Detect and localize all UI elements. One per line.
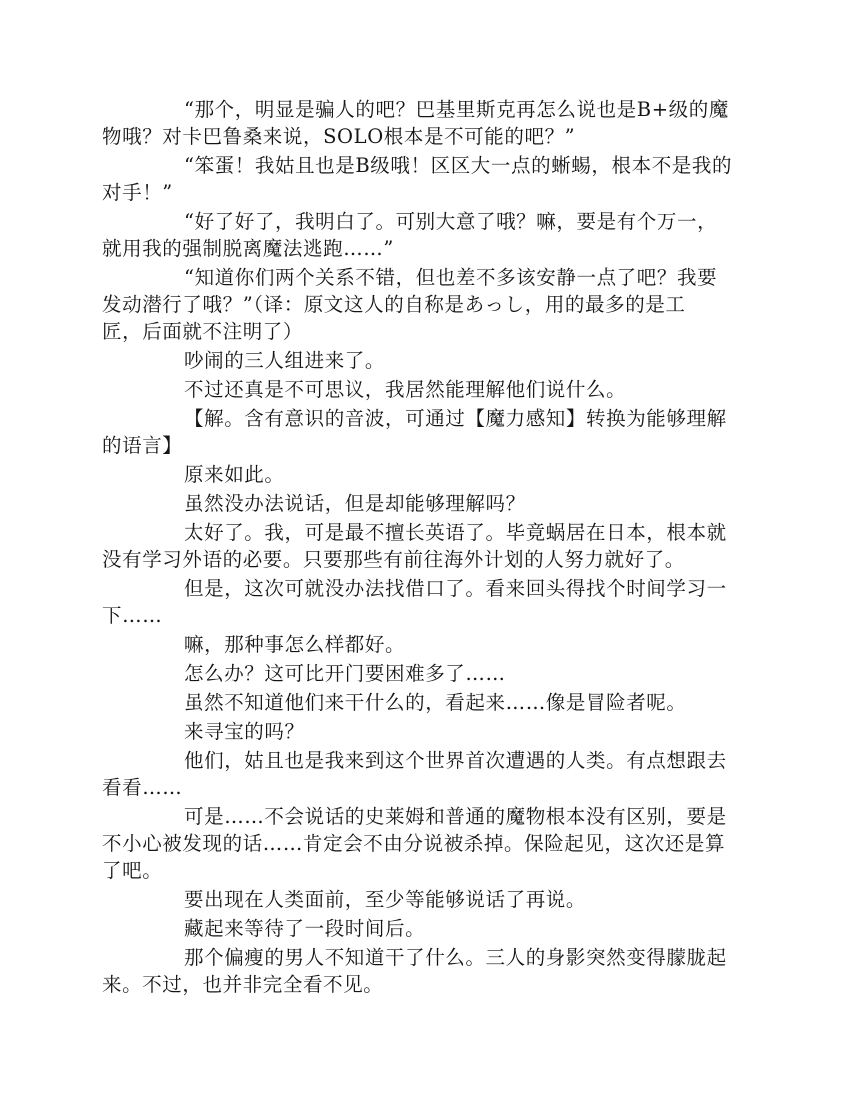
text-line: 没有学习外语的必要。只要那些有前往海外计划的人努力就好了。 (102, 546, 747, 573)
text-line: 可是……不会说话的史莱姆和普通的魔物根本没有区别，要是 (102, 803, 747, 830)
paragraph: 原来如此。 (102, 461, 747, 488)
paragraph: 但是，这次可就没办法找借口了。看来回头得找个时间学习一 下…… (102, 575, 747, 629)
text-line: 他们，姑且也是我来到这个世界首次遭遇的人类。有点想跟去 (102, 747, 747, 774)
text-line: 物哦？对卡巴鲁桑来说，SOLO根本是不可能的吧？” (102, 123, 747, 150)
text-line: 了吧。 (102, 857, 747, 884)
paragraph: “笨蛋！我姑且也是B级哦！区区大一点的蜥蜴，根本不是我的 对手！” (102, 152, 747, 206)
paragraph: 可是……不会说话的史莱姆和普通的魔物根本没有区别，要是 不小心被发现的话……肯定… (102, 803, 747, 884)
paragraph: 【解。含有意识的音波，可通过【魔力感知】转换为能够理解 的语言】 (102, 405, 747, 459)
paragraph: “知道你们两个关系不错，但也差不多该安静一点了吧？我要 发动潜行了哦？”（译：原… (102, 264, 747, 345)
text-line: 怎么办？这可比开门要困难多了…… (102, 660, 747, 687)
text-line: “知道你们两个关系不错，但也差不多该安静一点了吧？我要 (102, 264, 747, 291)
text-line: 发动潜行了哦？”（译：原文这人的自称是あっし，用的最多的是工 (102, 291, 747, 318)
text-line: 对手！” (102, 179, 747, 206)
paragraph: 怎么办？这可比开门要困难多了…… (102, 660, 747, 687)
text-line: 嘛，那种事怎么样都好。 (102, 631, 747, 658)
text-line: 虽然没办法说话，但是却能够理解吗？ (102, 490, 747, 517)
text-line: 匠，后面就不注明了） (102, 318, 747, 345)
text-line: 不过还真是不可思议，我居然能理解他们说什么。 (102, 376, 747, 403)
paragraph: 藏起来等待了一段时间后。 (102, 915, 747, 942)
paragraph: “好了好了，我明白了。可别大意了哦？嘛，要是有个万一， 就用我的强制脱离魔法逃跑… (102, 208, 747, 262)
text-line: 那个偏瘦的男人不知道干了什么。三人的身影突然变得朦胧起 (102, 944, 747, 971)
text-line: 原来如此。 (102, 461, 747, 488)
text-line: 要出现在人类面前，至少等能够说话了再说。 (102, 886, 747, 913)
text-line: 不小心被发现的话……肯定会不由分说被杀掉。保险起见，这次还是算 (102, 830, 747, 857)
paragraph: 那个偏瘦的男人不知道干了什么。三人的身影突然变得朦胧起 来。不过，也并非完全看不… (102, 944, 747, 998)
text-line: 的语言】 (102, 432, 747, 459)
text-line: 吵闹的三人组进来了。 (102, 347, 747, 374)
text-line: 藏起来等待了一段时间后。 (102, 915, 747, 942)
text-line: 就用我的强制脱离魔法逃跑……” (102, 235, 747, 262)
text-line: 【解。含有意识的音波，可通过【魔力感知】转换为能够理解 (102, 405, 747, 432)
paragraph: 嘛，那种事怎么样都好。 (102, 631, 747, 658)
paragraph: 吵闹的三人组进来了。 (102, 347, 747, 374)
paragraph: “那个，明显是骗人的吧？巴基里斯克再怎么说也是B+级的魔 物哦？对卡巴鲁桑来说，… (102, 96, 747, 150)
paragraph: 他们，姑且也是我来到这个世界首次遭遇的人类。有点想跟去 看看…… (102, 747, 747, 801)
paragraph: 不过还真是不可思议，我居然能理解他们说什么。 (102, 376, 747, 403)
text-line: “笨蛋！我姑且也是B级哦！区区大一点的蜥蜴，根本不是我的 (102, 152, 747, 179)
paragraph: 虽然没办法说话，但是却能够理解吗？ (102, 490, 747, 517)
paragraph: 要出现在人类面前，至少等能够说话了再说。 (102, 886, 747, 913)
text-line: “那个，明显是骗人的吧？巴基里斯克再怎么说也是B+级的魔 (102, 96, 747, 123)
text-line: 虽然不知道他们来干什么的，看起来……像是冒险者呢。 (102, 689, 747, 716)
document-page: “那个，明显是骗人的吧？巴基里斯克再怎么说也是B+级的魔 物哦？对卡巴鲁桑来说，… (102, 96, 747, 1000)
paragraph: 来寻宝的吗？ (102, 718, 747, 745)
text-line: “好了好了，我明白了。可别大意了哦？嘛，要是有个万一， (102, 208, 747, 235)
text-line: 看看…… (102, 774, 747, 801)
text-line: 来。不过，也并非完全看不见。 (102, 971, 747, 998)
text-line: 太好了。我，可是最不擅长英语了。毕竟蜗居在日本，根本就 (102, 519, 747, 546)
paragraph: 太好了。我，可是最不擅长英语了。毕竟蜗居在日本，根本就 没有学习外语的必要。只要… (102, 519, 747, 573)
text-line: 来寻宝的吗？ (102, 718, 747, 745)
text-line: 下…… (102, 602, 747, 629)
paragraph: 虽然不知道他们来干什么的，看起来……像是冒险者呢。 (102, 689, 747, 716)
text-line: 但是，这次可就没办法找借口了。看来回头得找个时间学习一 (102, 575, 747, 602)
